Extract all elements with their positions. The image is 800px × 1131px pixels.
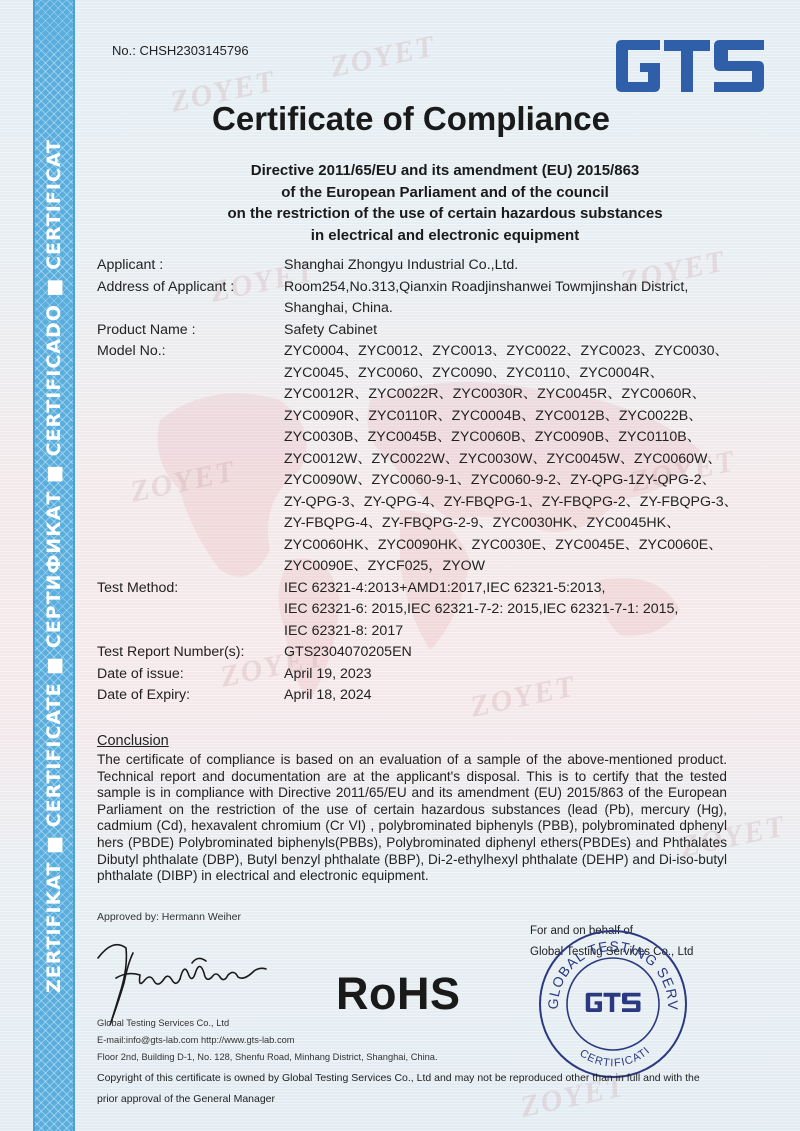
conclusion-heading: Conclusion [97,733,727,749]
directive-line: of the European Parliament and of the co… [90,182,800,204]
field-applicant: Applicant : Shanghai Zhongyu Industrial … [97,255,787,277]
test-method-line: IEC 62321-4:2013+AMD1:2017,IEC 62321-5:2… [284,578,787,600]
field-label: Model No.: [97,341,284,578]
field-label: Address of Applicant : [97,277,284,320]
field-value: Shanghai Zhongyu Industrial Co.,Ltd. [284,255,787,277]
field-value: IEC 62321-4:2013+AMD1:2017,IEC 62321-5:2… [284,578,787,643]
field-date-of-issue: Date of issue: April 19, 2023 [97,664,787,686]
certificate-ribbon: ZERTIFIKAT ■ CERTIFICATE ■ СЕРТИФИКАТ ■ … [33,0,75,1131]
field-value: April 18, 2024 [284,685,787,707]
address-line: Shanghai, China. [284,298,787,320]
model-line: ZY-QPG-3、ZY-QPG-4、ZY-FBQPG-1、ZY-FBQPG-2、… [284,492,787,514]
conclusion-section: Conclusion The certificate of compliance… [97,733,727,885]
copyright-line: prior approval of the General Manager [97,1089,737,1110]
test-method-line: IEC 62321-6: 2015,IEC 62321-7-2: 2015,IE… [284,599,787,621]
gts-logo-icon [614,38,766,94]
model-line: ZYC0004、ZYC0012、ZYC0013、ZYC0022、ZYC0023、… [284,341,787,363]
model-line: ZY-FBQPG-4、ZY-FBQPG-2-9、ZYC0030HK、ZYC004… [284,513,787,535]
rohs-mark: RoHS [336,968,461,1020]
directive-line: on the restriction of the use of certain… [90,203,800,225]
ribbon-text: ZERTIFIKAT ■ CERTIFICATE ■ СЕРТИФИКАТ ■ … [43,138,65,992]
certificate-title: Certificate of Compliance [0,100,800,138]
approved-by: Approved by: Hermann Weiher [97,911,241,923]
field-label: Date of Expiry: [97,685,284,707]
field-product-name: Product Name : Safety Cabinet [97,320,787,342]
model-line: ZYC0090W、ZYC0060-9-1、ZYC0060-9-2、ZY-QPG-… [284,470,787,492]
directive-heading: Directive 2011/65/EU and its amendment (… [90,160,800,246]
watermark: ZOYET [328,29,439,84]
field-test-report: Test Report Number(s): GTS2304070205EN [97,642,787,664]
company-address: Floor 2nd, Building D-1, No. 128, Shenfu… [97,1049,438,1066]
model-line: ZYC0030B、ZYC0045B、ZYC0060B、ZYC0090B、ZYC0… [284,427,787,449]
field-value: April 19, 2023 [284,664,787,686]
conclusion-text: The certificate of compliance is based o… [97,752,727,885]
directive-line: Directive 2011/65/EU and its amendment (… [90,160,800,182]
company-contact[interactable]: E-mail:info@gts-lab.com http://www.gts-l… [97,1032,438,1049]
signature-icon [88,933,278,1028]
copyright-line: Copyright of this certificate is owned b… [97,1068,737,1089]
field-label: Test Method: [97,578,284,643]
field-address: Address of Applicant : Room254,No.313,Qi… [97,277,787,320]
field-label: Applicant : [97,255,284,277]
field-label: Test Report Number(s): [97,642,284,664]
test-method-line: IEC 62321-8: 2017 [284,621,787,643]
certificate-number: No.: CHSH2303145796 [112,43,249,58]
company-info: Global Testing Services Co., Ltd E-mail:… [97,1015,438,1066]
model-line: ZYC0060HK、ZYC0090HK、ZYC0030E、ZYC0045E、ZY… [284,535,787,557]
model-line: ZYC0045、ZYC0060、ZYC0090、ZYC0110、ZYC0004R… [284,363,787,385]
field-value: Safety Cabinet [284,320,787,342]
field-date-of-expiry: Date of Expiry: April 18, 2024 [97,685,787,707]
company-name: Global Testing Services Co., Ltd [97,1015,438,1032]
model-line: ZYC0012R、ZYC0022R、ZYC0030R、ZYC0045R、ZYC0… [284,384,787,406]
field-value: ZYC0004、ZYC0012、ZYC0013、ZYC0022、ZYC0023、… [284,341,787,578]
model-line: ZYC0090R、ZYC0110R、ZYC0004B、ZYC0012B、ZYC0… [284,406,787,428]
model-line: ZYC0090E、ZYCF025，ZYOW [284,556,787,578]
model-line: ZYC0012W、ZYC0022W、ZYC0030W、ZYC0045W、ZYC0… [284,449,787,471]
field-test-method: Test Method: IEC 62321-4:2013+AMD1:2017,… [97,578,787,643]
field-value: GTS2304070205EN [284,642,787,664]
field-label: Product Name : [97,320,284,342]
field-value: Room254,No.313,Qianxin Roadjinshanwei To… [284,277,787,320]
field-model-no: Model No.: ZYC0004、ZYC0012、ZYC0013、ZYC00… [97,341,787,578]
company-stamp-icon: GLOBAL TESTING SERVICES CO.,LTD. CERTIFI… [528,924,698,1084]
directive-line: in electrical and electronic equipment [90,225,800,247]
field-label: Date of issue: [97,664,284,686]
address-line: Room254,No.313,Qianxin Roadjinshanwei To… [284,277,787,299]
certificate-fields: Applicant : Shanghai Zhongyu Industrial … [97,255,787,707]
copyright-notice: Copyright of this certificate is owned b… [97,1068,737,1110]
